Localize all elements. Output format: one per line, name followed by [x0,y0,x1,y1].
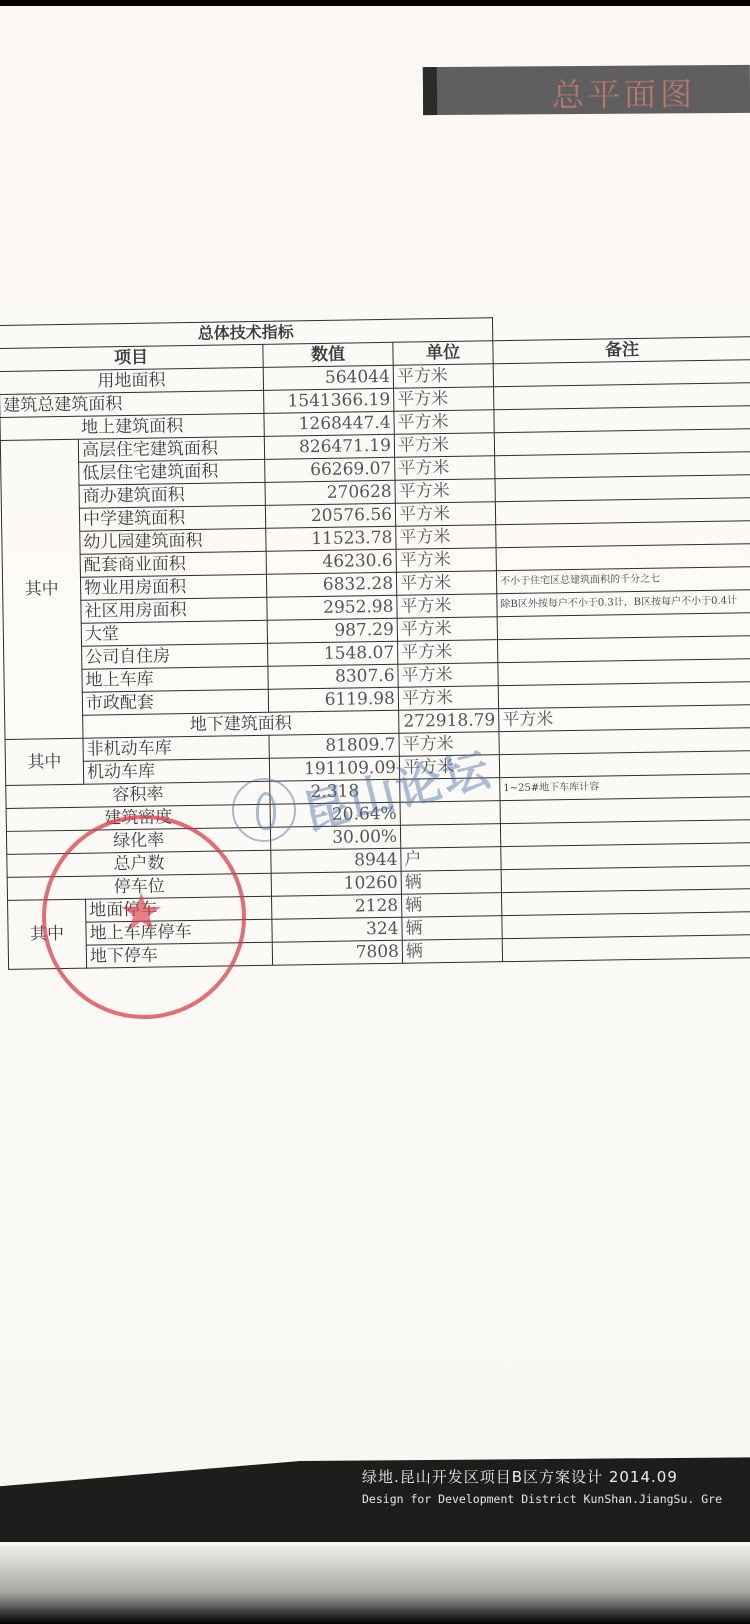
group-label: 其中 [5,738,84,785]
page-title-banner: 总平面图 [423,65,750,115]
official-seal-stamp: ★ [42,815,246,1019]
footer-project-title: 绿地.昆山开发区项目B区方案设计 2014.09 [362,1466,678,1487]
watermark-logo-icon [232,778,296,842]
page-shadow [0,1545,750,1624]
group-label: 其中 [0,439,83,739]
column-header-value: 数值 [263,342,393,367]
star-icon: ★ [118,883,165,943]
page-title: 总平面图 [552,69,696,116]
footer-english-subtitle: Design for Development District KunShan.… [362,1492,722,1506]
remark-community: 除B区外按每户不小于0.3计，B区按每户不小于0.4计 [497,590,750,617]
column-header-unit: 单位 [393,341,493,366]
